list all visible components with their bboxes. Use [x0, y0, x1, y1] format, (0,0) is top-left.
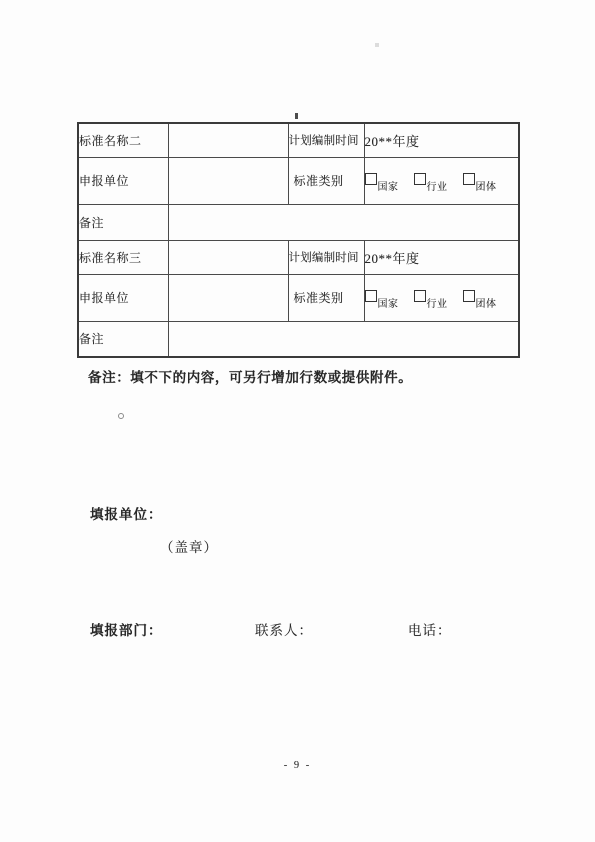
checkbox-icon [414, 173, 426, 185]
standard-name-3-value-cell [168, 240, 288, 274]
standard-name-2-label: 标准名称二 [78, 123, 168, 157]
checkbox-option-group: 团体 [463, 173, 497, 188]
plan-time-label: 计划编制时间 [288, 240, 364, 274]
seal-label: （盖章） [160, 536, 218, 556]
checkbox-label: 行业 [427, 178, 448, 193]
checkbox-label: 国家 [378, 178, 399, 193]
checkbox-label: 行业 [427, 295, 448, 310]
standard-category-options-cell: 国家 行业 团体 [364, 274, 519, 321]
page-number: - 9 - [0, 760, 595, 771]
plan-time-value: 20**年度 [364, 123, 519, 157]
standard-category-options-cell: 国家 行业 团体 [364, 157, 519, 204]
scanned-form-page: 标准名称二 计划编制时间 20**年度 申报单位 标准类别 国家 行业 团体 备… [0, 0, 595, 842]
checkbox-icon [365, 173, 377, 185]
checkbox-icon [463, 290, 475, 302]
reporting-department-label: 填报部门： [90, 619, 163, 639]
scan-speck [375, 43, 379, 47]
remark-value-cell [168, 204, 519, 240]
phone-label: 电话： [408, 619, 452, 639]
checkbox-option-national: 国家 [365, 290, 399, 305]
table-row: 申报单位 标准类别 国家 行业 团体 [78, 274, 519, 321]
checkbox-option-industry: 行业 [414, 290, 448, 305]
remark-value-cell [168, 321, 519, 357]
checkbox-icon [365, 290, 377, 302]
declaring-unit-label: 申报单位 [78, 157, 168, 204]
table-row: 备注 [78, 204, 519, 240]
declaring-unit-label: 申报单位 [78, 274, 168, 321]
reporting-unit-label: 填报单位： [90, 503, 163, 523]
plan-time-value: 20**年度 [364, 240, 519, 274]
standard-category-label: 标准类别 [288, 274, 364, 321]
checkbox-label: 团体 [476, 295, 497, 310]
table-row: 标准名称二 计划编制时间 20**年度 [78, 123, 519, 157]
checkbox-label: 团体 [476, 178, 497, 193]
checkbox-label: 国家 [378, 295, 399, 310]
scan-speck [295, 113, 298, 119]
checkbox-icon [414, 290, 426, 302]
checkbox-option-industry: 行业 [414, 173, 448, 188]
declaring-unit-value-cell [168, 274, 288, 321]
scan-speck [118, 413, 124, 419]
table-row: 备注 [78, 321, 519, 357]
standard-declaration-table: 标准名称二 计划编制时间 20**年度 申报单位 标准类别 国家 行业 团体 备… [77, 122, 520, 358]
table-footnote: 备注：填不下的内容，可另行增加行数或提供附件。 [88, 366, 412, 386]
checkbox-icon [463, 173, 475, 185]
standard-name-3-label: 标准名称三 [78, 240, 168, 274]
checkbox-option-group: 团体 [463, 290, 497, 305]
table-row: 申报单位 标准类别 国家 行业 团体 [78, 157, 519, 204]
standard-category-label: 标准类别 [288, 157, 364, 204]
remark-label: 备注 [78, 321, 168, 357]
table-row: 标准名称三 计划编制时间 20**年度 [78, 240, 519, 274]
plan-time-label: 计划编制时间 [288, 123, 364, 157]
remark-label: 备注 [78, 204, 168, 240]
checkbox-option-national: 国家 [365, 173, 399, 188]
declaring-unit-value-cell [168, 157, 288, 204]
contact-person-label: 联系人： [255, 619, 313, 639]
standard-name-2-value-cell [168, 123, 288, 157]
